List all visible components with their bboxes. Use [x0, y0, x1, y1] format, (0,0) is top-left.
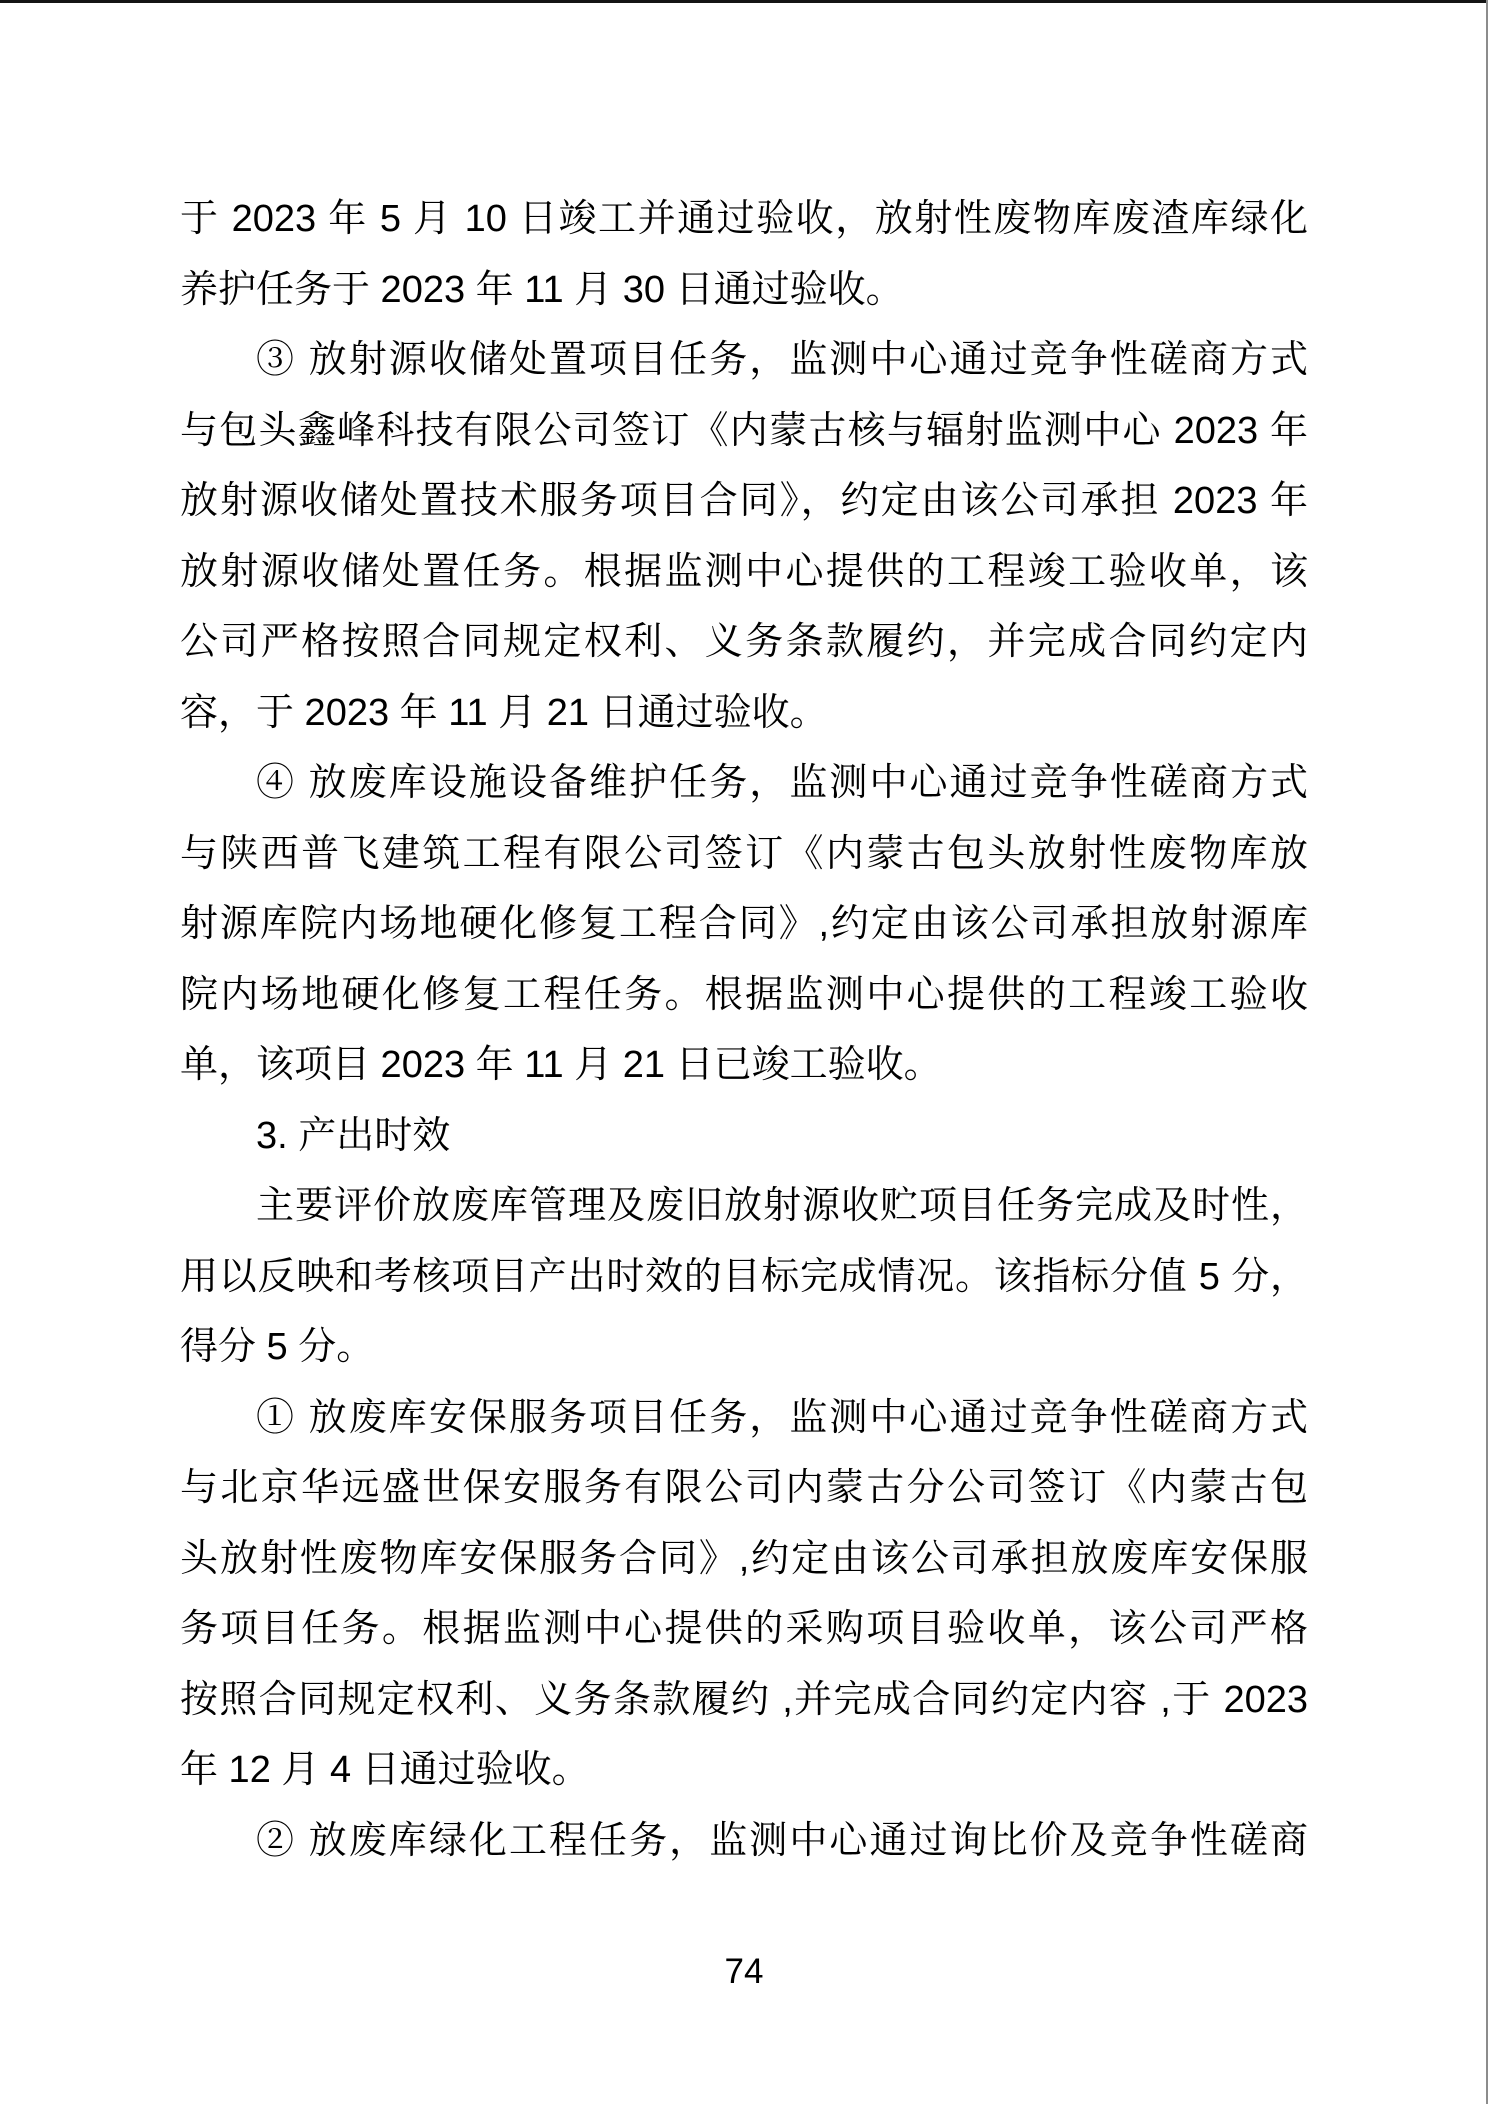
- text-line: 容，于 2023 年 11 月 21 日通过验收。: [180, 678, 1308, 749]
- page-number: 74: [0, 1952, 1488, 1992]
- document-page: 于 2023 年 5 月 10 日竣工并通过验收，放射性废物库废渣库绿化养护任务…: [0, 0, 1488, 2104]
- text-line: 养护任务于 2023 年 11 月 30 日通过验收。: [180, 255, 1308, 326]
- text-line: 与陕西普飞建筑工程有限公司签订《内蒙古包头放射性废物库放: [180, 819, 1308, 890]
- text-line: 公司严格按照合同规定权利、义务条款履约，并完成合同约定内: [180, 607, 1308, 678]
- text-line: 年 12 月 4 日通过验收。: [180, 1735, 1308, 1806]
- text-line: 用以反映和考核项目产出时效的目标完成情况。该指标分值 5 分，: [180, 1242, 1308, 1313]
- text-line: ② 放废库绿化工程任务，监测中心通过询比价及竞争性磋商: [180, 1806, 1308, 1877]
- scan-edge-top-line: [0, 0, 1488, 3]
- text-line: 单，该项目 2023 年 11 月 21 日已竣工验收。: [180, 1030, 1308, 1101]
- text-line: 与包头鑫峰科技有限公司签订《内蒙古核与辐射监测中心 2023 年: [180, 396, 1308, 467]
- text-line: 3. 产出时效: [180, 1101, 1308, 1172]
- text-line: 主要评价放废库管理及废旧放射源收贮项目任务完成及时性，: [180, 1171, 1308, 1242]
- text-block: 于 2023 年 5 月 10 日竣工并通过验收，放射性废物库废渣库绿化养护任务…: [180, 184, 1308, 1876]
- text-line: 射源库院内场地硬化修复工程合同》,约定由该公司承担放射源库: [180, 889, 1308, 960]
- text-line: 院内场地硬化修复工程任务。根据监测中心提供的工程竣工验收: [180, 960, 1308, 1031]
- text-line: 与北京华远盛世保安服务有限公司内蒙古分公司签订《内蒙古包: [180, 1453, 1308, 1524]
- text-line: 放射源收储处置技术服务项目合同》，约定由该公司承担 2023 年: [180, 466, 1308, 537]
- text-line: 按照合同规定权利、义务条款履约 ,并完成合同约定内容 ,于 2023: [180, 1665, 1308, 1736]
- text-line: 于 2023 年 5 月 10 日竣工并通过验收，放射性废物库废渣库绿化: [180, 184, 1308, 255]
- text-line: 头放射性废物库安保服务合同》,约定由该公司承担放废库安保服: [180, 1524, 1308, 1595]
- text-line: ③ 放射源收储处置项目任务，监测中心通过竞争性磋商方式: [180, 325, 1308, 396]
- text-line: ① 放废库安保服务项目任务，监测中心通过竞争性磋商方式: [180, 1383, 1308, 1454]
- text-line: ④ 放废库设施设备维护任务，监测中心通过竞争性磋商方式: [180, 748, 1308, 819]
- text-line: 放射源收储处置任务。根据监测中心提供的工程竣工验收单，该: [180, 537, 1308, 608]
- text-line: 务项目任务。根据监测中心提供的采购项目验收单，该公司严格: [180, 1594, 1308, 1665]
- text-line: 得分 5 分。: [180, 1312, 1308, 1383]
